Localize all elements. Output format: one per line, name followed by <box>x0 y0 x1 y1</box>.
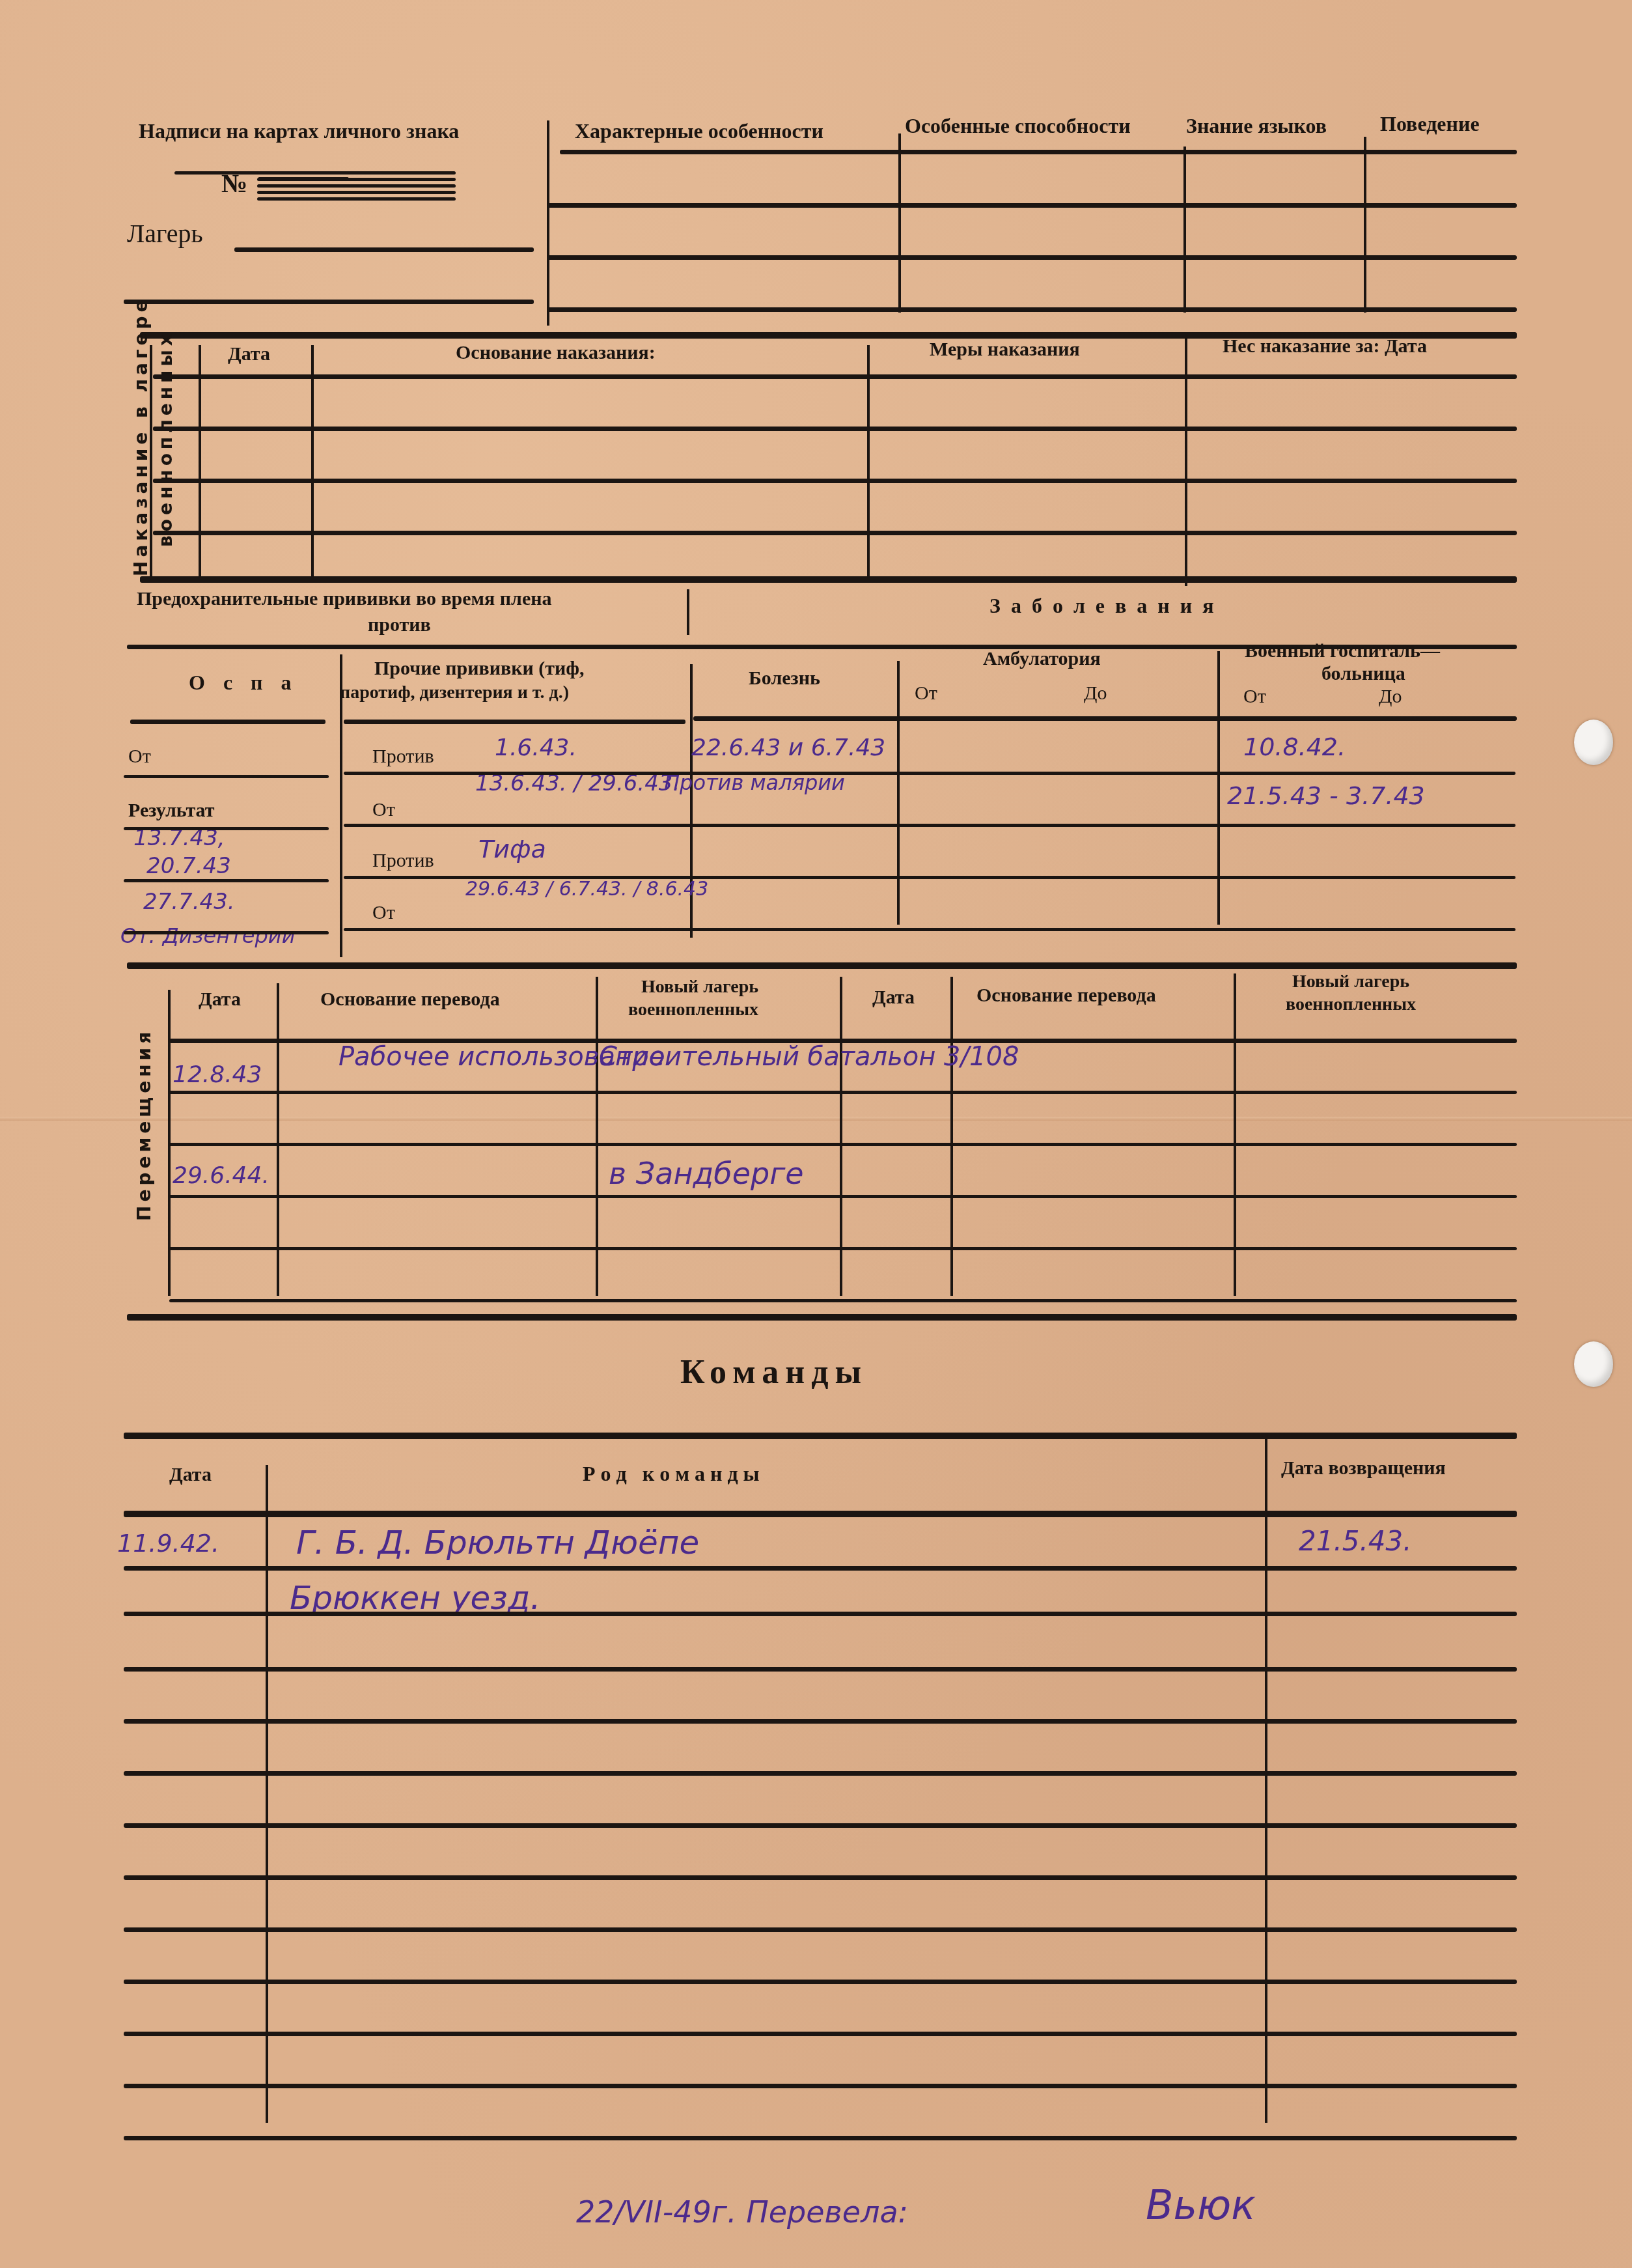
row-line <box>124 2032 1517 2036</box>
row-line <box>560 150 1517 154</box>
section-border <box>127 1314 1517 1321</box>
divider <box>898 133 901 313</box>
col-hospital-1: Военный госпиталь— <box>1245 640 1440 662</box>
transfer-camp: Строительный батальон 3/108 <box>599 1042 1019 1072</box>
header-special-abilities: Особенные способности <box>905 114 1131 138</box>
hosp-from-label: От <box>1243 686 1266 708</box>
smallpox-result-label: Результат <box>128 800 215 822</box>
hospital-entry: 10.8.42. <box>1243 733 1346 761</box>
divider <box>1265 1439 1267 2123</box>
other-row-label: Против <box>372 746 434 768</box>
col-served: Нес наказание за: Дата <box>1223 335 1427 357</box>
col-date-2: Дата <box>872 987 915 1009</box>
camp-field-line <box>124 300 534 304</box>
row-line <box>344 772 1515 775</box>
amb-to-label: До <box>1084 682 1107 705</box>
transfer-camp: в Зандберге <box>609 1156 804 1191</box>
row-line <box>124 1566 1517 1571</box>
row-line <box>153 531 1517 535</box>
disease-entry: 22.6.43 и 6.7.43 <box>691 735 885 761</box>
other-vacc-header-1: Прочие прививки (тиф, <box>374 658 585 680</box>
hospital-entry: 21.5.43 - 3.7.43 <box>1227 781 1425 810</box>
header-languages: Знание языков <box>1186 114 1327 138</box>
row-line <box>124 2136 1517 2140</box>
row-line <box>124 1875 1517 1880</box>
row-line <box>124 775 329 778</box>
punch-hole <box>1574 1341 1613 1387</box>
section-border <box>127 962 1517 969</box>
transfer-date: 29.6.44. <box>173 1162 270 1189</box>
other-row-label: От <box>372 799 395 821</box>
other-vacc-header-2: паротиф, дизентерия и т. д.) <box>340 682 569 703</box>
smallpox-from-label: От <box>128 746 151 768</box>
divider <box>150 345 152 580</box>
paper-fold <box>0 1117 1632 1121</box>
other-row-value: Тифа <box>478 835 546 863</box>
row-line <box>124 1511 1517 1517</box>
divider <box>266 1465 268 2123</box>
row-line <box>124 1823 1517 1828</box>
col-return: Дата возвращения <box>1281 1457 1446 1479</box>
divider <box>1183 147 1186 313</box>
row-line <box>169 1195 1517 1198</box>
col-disease: Болезнь <box>749 667 820 690</box>
row-line <box>124 1771 1517 1776</box>
row-line <box>130 720 325 724</box>
vaccination-title-2: против <box>368 614 431 636</box>
command-return: 21.5.43. <box>1299 1525 1412 1557</box>
divider <box>897 661 900 925</box>
row-line <box>124 879 329 882</box>
divider <box>687 589 689 635</box>
row-line <box>153 479 1517 483</box>
row-line <box>169 1299 1517 1302</box>
col-date: Дата <box>169 1464 212 1486</box>
col-date: Дата <box>199 988 241 1011</box>
divider <box>867 345 870 580</box>
row-line <box>124 1667 1517 1672</box>
header-characteristics: Характерные особенности <box>575 119 823 143</box>
punishment-side-label-1: Наказание в лагере <box>130 296 152 576</box>
number-line <box>257 171 456 175</box>
divider <box>199 345 201 580</box>
row-line <box>124 1612 1517 1616</box>
row-line <box>344 928 1515 931</box>
row-line <box>124 1719 1517 1724</box>
divider <box>340 654 342 957</box>
other-row-label: Против <box>372 850 434 872</box>
punch-hole <box>1574 720 1613 765</box>
other-row-value: 29.6.43 / 6.7.43. / 8.6.43 <box>465 878 708 901</box>
punishment-side-label-2: военнопленных <box>155 330 176 547</box>
divider <box>1217 651 1220 925</box>
col-date: Дата <box>228 343 270 365</box>
col-new-camp-2a: Новый лагерь <box>1292 972 1409 992</box>
section-border <box>140 576 1517 583</box>
row-line <box>344 824 1515 827</box>
col-reason: Основание перевода <box>320 988 500 1011</box>
col-new-camp-2: военнопленных <box>628 1000 758 1020</box>
row-line <box>693 716 1517 721</box>
row-line <box>124 1927 1517 1932</box>
col-reason: Основание наказания: <box>456 342 656 364</box>
smallpox-header: О с п а <box>189 671 298 695</box>
transfers-side-label: Перемещения <box>133 1028 155 1221</box>
divider <box>311 345 314 580</box>
other-row-value: 1.6.43. <box>495 735 577 761</box>
col-kind: Р о д к о м а н д ы <box>583 1462 760 1486</box>
disease-entry: Против малярии <box>664 770 845 795</box>
section-border <box>124 1433 1517 1439</box>
row-line <box>547 203 1517 208</box>
col-new-camp-1: Новый лагерь <box>641 977 758 998</box>
command-kind: Г. Б. Д. Брюльтн Дюёпе <box>296 1524 699 1561</box>
smallpox-result-3: 27.7.43. <box>143 889 235 915</box>
row-line <box>169 1143 1517 1146</box>
number-line <box>257 178 456 181</box>
commands-title: Команды <box>680 1353 868 1392</box>
col-reason-2: Основание перевода <box>976 985 1156 1007</box>
divider <box>1364 137 1366 313</box>
hosp-to-label: До <box>1379 686 1402 708</box>
row-line <box>124 1980 1517 1984</box>
other-row-label: От <box>372 902 395 924</box>
col-hospital-2: больница <box>1321 663 1405 685</box>
amb-from-label: От <box>915 682 937 705</box>
number-line <box>257 191 456 194</box>
transfer-date: 12.8.43 <box>173 1061 262 1088</box>
row-line <box>124 827 329 830</box>
camp-label: Лагерь <box>127 218 203 249</box>
row-line <box>124 931 329 934</box>
row-line <box>124 2084 1517 2088</box>
row-line <box>547 255 1517 260</box>
header-behavior: Поведение <box>1380 112 1480 136</box>
col-ambulatory: Амбулатория <box>983 648 1101 670</box>
row-line <box>153 427 1517 431</box>
row-line <box>169 1247 1517 1250</box>
row-line <box>169 1091 1517 1094</box>
vaccination-title: Предохранительные прививки во время плен… <box>137 588 552 610</box>
row-line <box>547 307 1517 312</box>
row-line <box>153 374 1517 379</box>
diseases-title: З а б о л е в а н и я <box>989 594 1217 618</box>
col-measures: Меры наказания <box>930 339 1080 361</box>
command-date: 11.9.42. <box>117 1529 219 1558</box>
identity-tag-title: Надписи на картах личного знака <box>139 119 459 143</box>
smallpox-note: От: Дизентерии <box>120 923 295 948</box>
translation-note: 22/VII-49г. Перевела: <box>576 2194 908 2230</box>
smallpox-result-2: 20.7.43 <box>146 853 231 879</box>
number-line <box>174 171 266 175</box>
camp-field-line <box>234 247 534 252</box>
translator-signature: Вьюк <box>1146 2181 1256 2229</box>
number-line <box>257 184 456 188</box>
row-line <box>344 876 1515 879</box>
col-new-camp-2b: военнопленных <box>1286 994 1416 1015</box>
row-line <box>344 720 685 724</box>
divider <box>547 120 549 326</box>
number-line <box>257 197 456 201</box>
